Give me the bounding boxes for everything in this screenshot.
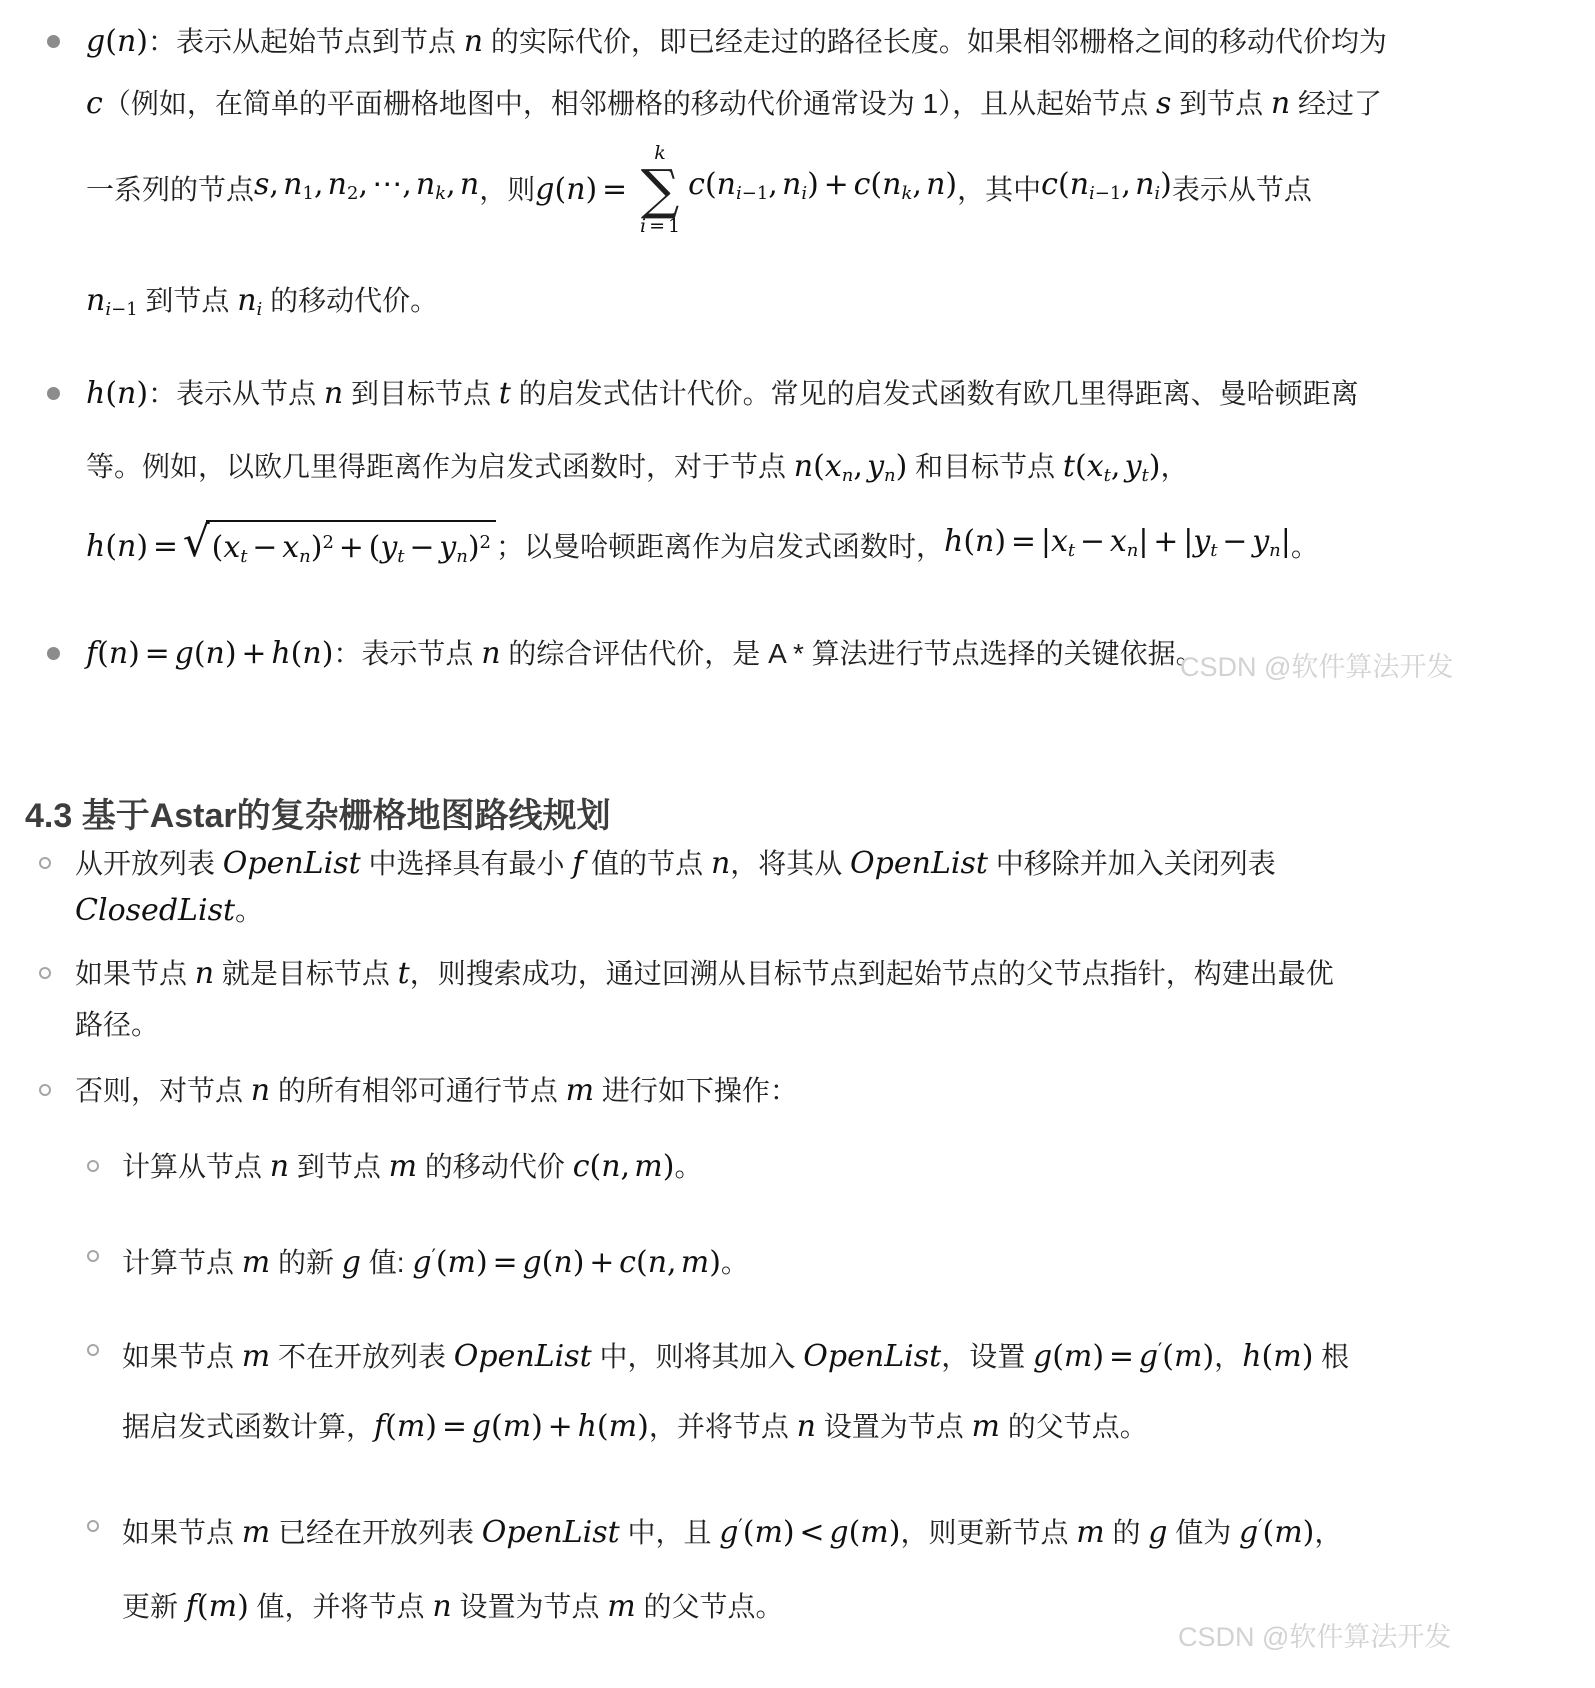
text-run: 已经在开放列表 (270, 1517, 482, 1548)
math-run: s,n1,n2,⋯,nk,n (254, 168, 479, 211)
text-run: 更新 (122, 1591, 186, 1622)
text-run: 的父节点。 (636, 1591, 784, 1622)
text-run: 的移动代价 (417, 1151, 573, 1182)
text-run: ， (1314, 1517, 1342, 1548)
math-run: ClosedList (75, 893, 235, 928)
bullet-circle-icon (87, 1160, 99, 1172)
text-run: ，将其从 (730, 848, 850, 879)
text-line: c（例如，在简单的平面栅格地图中，相邻栅格的移动代价通常设为 1），且从起始节点… (86, 87, 1382, 121)
text-run: ，其中 (957, 173, 1041, 207)
math-run: m (1076, 1515, 1104, 1550)
text-run: 和目标节点 (907, 451, 1063, 482)
math-run: c(ni−1,ni) (1041, 168, 1172, 211)
text-run: 到节点 (138, 285, 238, 316)
text-line: 如果节点 m 已经在开放列表 OpenList 中，且 g′(m)<g(m)，则… (122, 1510, 1342, 1550)
math-run: c(n,m) (573, 1149, 675, 1184)
text-line: 从开放列表 OpenList 中选择具有最小 f 值的节点 n，将其从 Open… (75, 847, 1276, 881)
math-run: OpenList (803, 1339, 941, 1374)
bullet-circle-icon (39, 1084, 51, 1096)
text-run: 中，且 (620, 1517, 720, 1548)
text-line: ClosedList。 (75, 894, 263, 928)
text-run: 如果节点 (122, 1341, 242, 1372)
math-run: n(xn,yn) (794, 449, 908, 484)
math-run: g′(m)<g(m) (719, 1515, 900, 1550)
math-run: s (1156, 86, 1171, 121)
text-line: h(n)=√(xt−xn)2+(yt−yn)2；以曼哈顿距离作为启发式函数时，h… (86, 518, 1319, 576)
text-run: 值为 (1167, 1517, 1239, 1548)
text-line: 路径。 (75, 1008, 159, 1042)
text-run: 否则，对节点 (75, 1075, 251, 1106)
math-run: n (711, 846, 730, 881)
text-line: h(n)：表示从节点 n 到目标节点 t 的启发式估计代价。常见的启发式函数有欧… (86, 377, 1359, 411)
text-run: 就是目标节点 (214, 958, 398, 989)
text-run: 从开放列表 (75, 848, 223, 879)
math-run: n (1271, 86, 1290, 121)
text-run: 的启发式估计代价。常见的启发式函数有欧几里得距离、曼哈顿距离 (511, 378, 1359, 409)
math-run: n (797, 1409, 816, 1444)
math-run: OpenList (454, 1339, 592, 1374)
math-run: m (389, 1149, 417, 1184)
bullet-disc-icon (47, 387, 60, 400)
summation-symbol: k∑i=1 (640, 143, 680, 238)
text-run: 。 (235, 895, 263, 926)
text-run: 如果节点 (122, 1517, 242, 1548)
math-run: n (432, 1589, 451, 1624)
text-run: 经过了 (1290, 88, 1382, 119)
math-run: g (1148, 1515, 1167, 1550)
bullet-disc-icon (47, 35, 60, 48)
text-run: ，并将节点 (649, 1411, 797, 1442)
text-run: 。 (674, 1151, 702, 1182)
math-run: f(m)=g(m)+h(m) (374, 1409, 649, 1444)
math-run: OpenList (850, 846, 988, 881)
math-run: OpenList (223, 846, 361, 881)
math-run: g(n)= (535, 173, 632, 207)
csdn-watermark: CSDN @软件算法开发 (1178, 1615, 1451, 1654)
text-run: 中，则将其加入 (592, 1341, 804, 1372)
math-run: h(n)= (86, 530, 183, 564)
text-line: ni−1 到节点 ni 的移动代价。 (86, 284, 438, 327)
section-heading: 4.3 基于Astar的复杂栅格地图路线规划 (25, 788, 611, 837)
text-run: 如果节点 (75, 958, 195, 989)
text-run: 中选择具有最小 (361, 848, 573, 879)
math-run: f(n)=g(n)+h(n) (86, 636, 333, 671)
text-run: 不在开放列表 (270, 1341, 454, 1372)
text-run: 等。例如，以欧几里得距离作为启发式函数时，对于节点 (86, 451, 794, 482)
text-line: 计算从节点 n 到节点 m 的移动代价 c(n,m)。 (122, 1150, 702, 1184)
text-run: 计算从节点 (122, 1151, 270, 1182)
text-run: 路径。 (75, 1009, 159, 1040)
text-run: ，设置 (941, 1341, 1033, 1372)
text-line: 计算节点 m 的新 g 值: g′(m)=g(n)+c(n,m)。 (122, 1240, 749, 1280)
text-run: 的父节点。 (1000, 1411, 1148, 1442)
text-run: 到目标节点 (343, 378, 499, 409)
math-run: n (324, 376, 343, 411)
document-page: 4.3 基于Astar的复杂栅格地图路线规划 g(n)：表示从起始节点到节点 n… (0, 0, 1595, 1688)
text-run: ， (1214, 1341, 1242, 1372)
math-run: c (86, 86, 103, 121)
math-run: n (464, 24, 483, 59)
text-run: 计算节点 (122, 1247, 242, 1278)
text-run: 进行如下操作： (594, 1075, 798, 1106)
text-run: ：表示从节点 (148, 378, 324, 409)
text-run: 的所有相邻可通行节点 (270, 1075, 566, 1106)
text-line: 如果节点 n 就是目标节点 t，则搜索成功，通过回溯从目标节点到起始节点的父节点… (75, 957, 1334, 991)
text-line: 如果节点 m 不在开放列表 OpenList 中，则将其加入 OpenList，… (122, 1334, 1349, 1374)
text-run: 。 (1291, 530, 1319, 564)
text-run: ，则更新节点 (900, 1517, 1076, 1548)
text-line: 更新 f(m) 值，并将节点 n 设置为节点 m 的父节点。 (122, 1590, 783, 1624)
text-run: 据启发式函数计算， (122, 1411, 374, 1442)
text-run: （例如，在简单的平面栅格地图中，相邻栅格的移动代价通常设为 1），且从起始节点 (103, 88, 1156, 119)
math-run: n (251, 1073, 270, 1108)
math-run: n (481, 636, 500, 671)
math-run: t(xt,yt) (1063, 449, 1161, 484)
text-line: 据启发式函数计算，f(m)=g(m)+h(m)，并将节点 n 设置为节点 m 的… (122, 1410, 1148, 1444)
text-run: 到节点 (289, 1151, 389, 1182)
math-run: g(n) (86, 24, 148, 59)
text-line: 一系列的节点 s,n1,n2,⋯,nk,n，则 g(n)=k∑i=1c(ni−1… (86, 140, 1312, 240)
csdn-watermark: CSDN @软件算法开发 (1180, 645, 1453, 684)
math-run: n (270, 1149, 289, 1184)
text-line: 等。例如，以欧几里得距离作为启发式函数时，对于节点 n(xn,yn) 和目标节点… (86, 450, 1189, 493)
math-run: f(m) (186, 1589, 249, 1624)
text-run: 的移动代价。 (262, 285, 438, 316)
text-run: 设置为节点 (816, 1411, 972, 1442)
text-run: 的 (1105, 1517, 1149, 1548)
text-run: ：表示从起始节点到节点 (148, 26, 464, 57)
text-run: ；以曼哈顿距离作为启发式函数时， (496, 530, 944, 564)
math-run: OpenList (482, 1515, 620, 1550)
text-run: 中移除并加入关闭列表 (988, 848, 1276, 879)
math-run: m (566, 1073, 594, 1108)
text-run: 根 (1313, 1341, 1349, 1372)
text-line: f(n)=g(n)+h(n)：表示节点 n 的综合评估代价，是 A * 算法进行… (86, 637, 1204, 671)
bullet-circle-icon (39, 967, 51, 979)
text-run: 值的节点 (583, 848, 711, 879)
math-run: g′(m) (1239, 1515, 1314, 1550)
bullet-circle-icon (87, 1250, 99, 1262)
bullet-circle-icon (87, 1344, 99, 1356)
text-run: ， (1161, 451, 1189, 482)
text-run: ，则 (479, 173, 535, 207)
text-run: 的综合评估代价，是 A * 算法进行节点选择的关键依据。 (501, 638, 1204, 669)
bullet-circle-icon (87, 1520, 99, 1532)
math-run: m (242, 1515, 270, 1550)
math-run: m (971, 1409, 999, 1444)
text-run: 表示从节点 (1172, 173, 1312, 207)
sqrt-expression: √(xt−xn)2+(yt−yn)2 (183, 520, 496, 574)
math-run: g (342, 1245, 361, 1280)
math-run: ni (237, 283, 262, 318)
text-run: 值: (361, 1247, 412, 1278)
math-run: c(ni−1,ni)+c(nk,n) (688, 168, 957, 211)
math-run: h(m) (1242, 1339, 1313, 1374)
math-run: t (398, 956, 410, 991)
math-run: ni−1 (86, 283, 138, 318)
text-line: g(n)：表示从起始节点到节点 n 的实际代价，即已经走过的路径长度。如果相邻栅… (86, 25, 1387, 59)
math-run: f (572, 846, 583, 881)
math-run: g′(m)=g(n)+c(n,m) (412, 1245, 721, 1280)
text-run: 到节点 (1171, 88, 1271, 119)
text-run: 值，并将节点 (249, 1591, 433, 1622)
math-run: g(m)=g′(m) (1033, 1339, 1214, 1374)
text-run: 。 (721, 1247, 749, 1278)
bullet-disc-icon (47, 647, 60, 660)
math-run: h(n)=|xt−xn|+|yt−yn| (944, 525, 1291, 568)
text-run: ，则搜索成功，通过回溯从目标节点到起始节点的父节点指针，构建出最优 (410, 958, 1334, 989)
math-run: m (607, 1589, 635, 1624)
bullet-circle-icon (39, 857, 51, 869)
text-run: ：表示节点 (333, 638, 481, 669)
math-run: n (195, 956, 214, 991)
text-run: 一系列的节点 (86, 173, 254, 207)
math-run: m (242, 1339, 270, 1374)
text-run: 的新 (270, 1247, 342, 1278)
math-run: h(n) (86, 376, 148, 411)
text-run: 设置为节点 (452, 1591, 608, 1622)
text-line: 否则，对节点 n 的所有相邻可通行节点 m 进行如下操作： (75, 1074, 798, 1108)
text-run: 的实际代价，即已经走过的路径长度。如果相邻栅格之间的移动代价均为 (483, 26, 1387, 57)
math-run: t (499, 376, 511, 411)
math-run: m (242, 1245, 270, 1280)
